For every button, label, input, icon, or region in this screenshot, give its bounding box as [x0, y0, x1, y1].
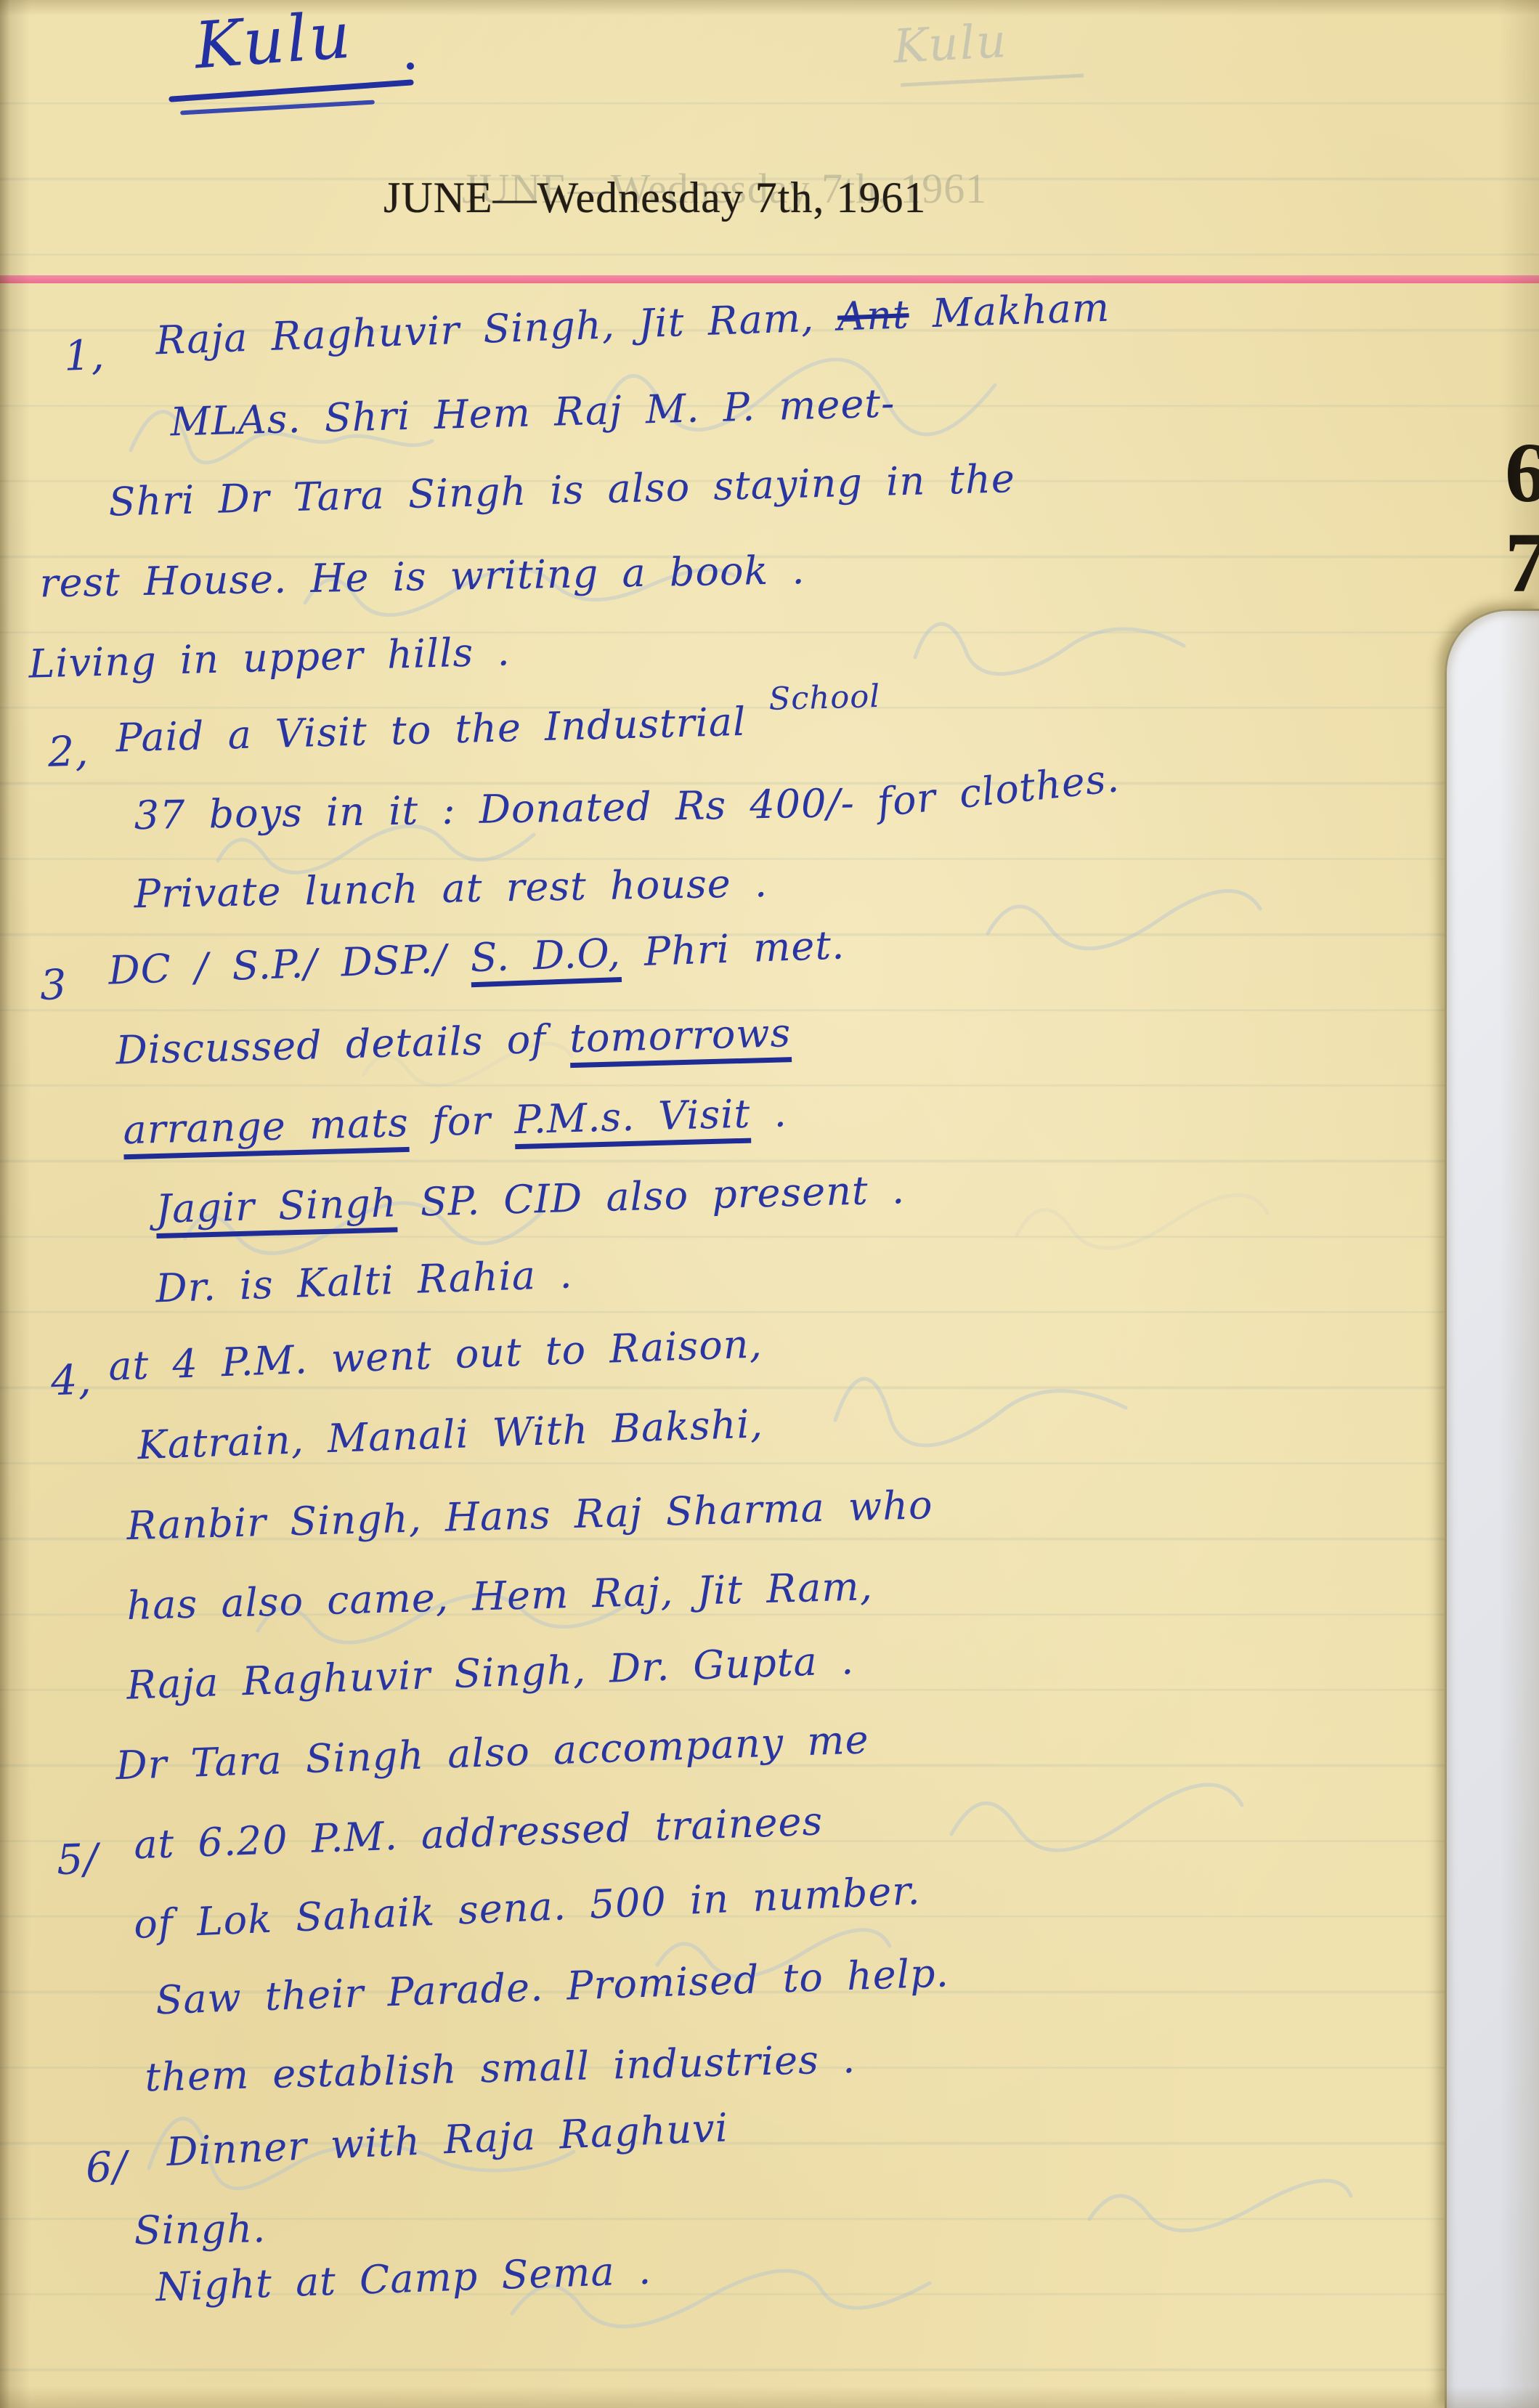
handwritten-text: Katrain, Manali With Bakshi,: [137, 1400, 763, 1468]
handwritten-text: Jagir Singh SP. CID also present .: [155, 1167, 906, 1232]
cut-corner-underpage: [1445, 609, 1539, 2408]
handwritten-text: MLAs. Shri Hem Raj M. P. meet-: [170, 380, 896, 445]
title-underline-second: [180, 100, 375, 115]
entry-number: 2,: [47, 727, 89, 776]
entry-number: 1,: [63, 331, 106, 381]
handwritten-text: 37 boys in it : Donated Rs 400/- for clo…: [134, 775, 1121, 838]
entry-number: 3: [39, 961, 68, 1010]
entry-number: 5/: [56, 1835, 100, 1884]
ghost-title: Kulu: [892, 15, 1009, 74]
ghost-title-underline: [901, 73, 1084, 86]
handwritten-text: Discussed details of tomorrows: [115, 1010, 792, 1073]
handwritten-text: arrange mats for P.M.s. Visit .: [123, 1090, 788, 1153]
edge-page-number-6: 6: [1505, 430, 1539, 516]
entry-number: 6/: [85, 2142, 129, 2192]
title-period-dot: [407, 62, 414, 70]
diary-page: Kulu Kulu JUNE—Wednesday 7th, 1961 JUNE—…: [0, 0, 1539, 2408]
handwritten-text: Living in upper hills .: [28, 628, 511, 686]
handwritten-text: them establish small industries .: [145, 2036, 856, 2101]
handwritten-text: Ranbir Singh, Hans Raj Sharma who: [126, 1482, 933, 1549]
handwritten-text: Private lunch at rest house .: [134, 860, 768, 917]
handwritten-text: Singh.: [134, 2205, 267, 2253]
handwritten-text: Dr. is Kalti Rahia .: [155, 1251, 573, 1311]
edge-page-number-7: 7: [1505, 520, 1539, 606]
entry-number: 4,: [50, 1355, 93, 1405]
title-underline: [168, 79, 414, 102]
printed-date-header: JUNE—Wednesday 7th, 1961: [383, 173, 926, 223]
handwritten-text: has also came, Hem Raj, Jit Ram,: [126, 1563, 874, 1629]
page-title-handwritten: Kulu: [192, 0, 355, 83]
handwritten-text: Raja Raghuvir Singh, Jit Ram, Ant Makham: [155, 285, 1110, 364]
handwritten-text: rest House. He is writing a book .: [39, 547, 805, 606]
